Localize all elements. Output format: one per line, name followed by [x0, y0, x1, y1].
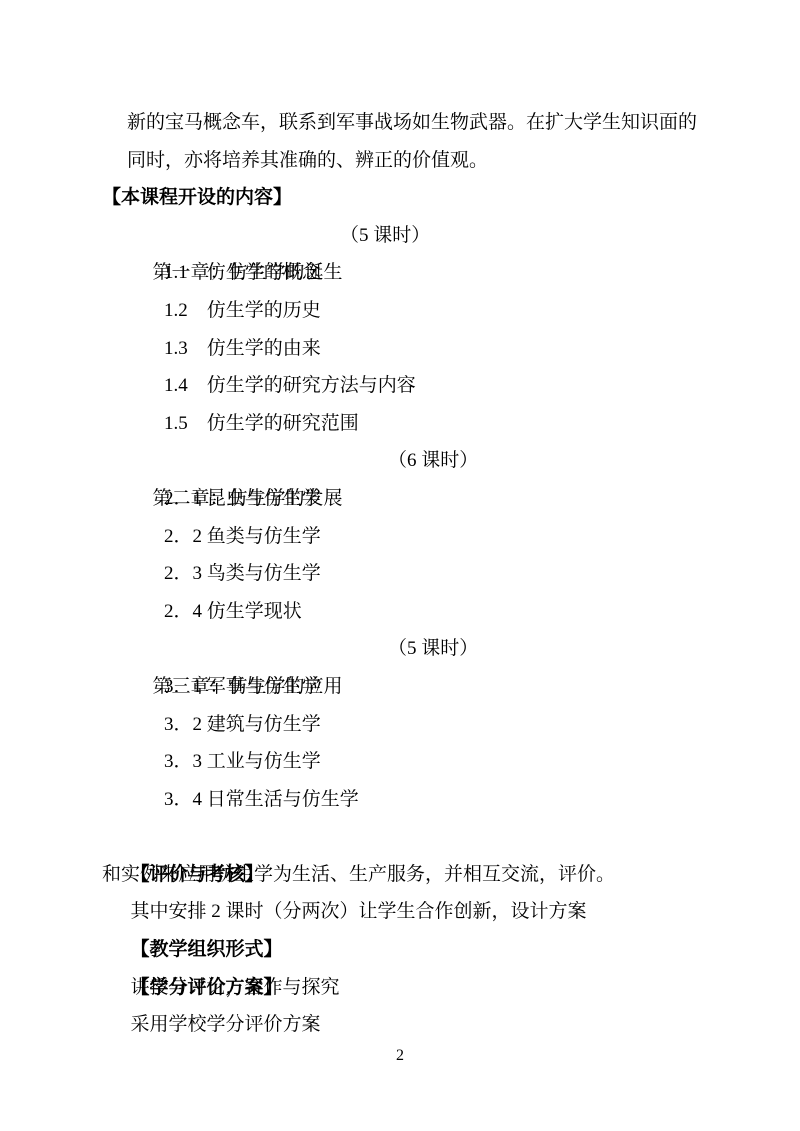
section-header-course-content: 【本课程开设的内容】	[102, 179, 762, 217]
document-page: 新的宝马概念车，联系到军事战场如生物武器。在扩大学生知识面的 同时，亦将培养其准…	[0, 0, 800, 1131]
credit-text: 采用学校学分评价方案	[131, 1014, 321, 1035]
chapter-1-title-line: 第一章：仿生学的诞生 （5 课时）	[102, 217, 762, 255]
chapter-3-item: 3．4 日常生活与仿生学	[102, 781, 762, 819]
evaluation-line-2: 和实例来应用仿生学为生活、生产服务，并相互交流，评价。	[102, 856, 762, 894]
chapter-2-item: 2．4 仿生学现状	[102, 593, 762, 631]
chapter-3-item: 3．3 工业与仿生学	[102, 743, 762, 781]
chapter-3-title-line: 第三章：仿生学的应用 （5 课时）	[102, 630, 762, 668]
chapter-3-hours: （5 课时）	[388, 630, 478, 668]
paragraph-line: 同时，亦将培养其准确的、辨正的价值观。	[102, 142, 762, 180]
chapter-1-item: 1.4 仿生学的研究方法与内容	[102, 367, 762, 405]
chapter-1-item: 1.1 仿生学的概念	[102, 254, 762, 292]
credit-label: 【学分评价方案】	[131, 977, 283, 998]
chapter-1-item: 1.2 仿生学的历史	[102, 292, 762, 330]
chapter-2-hours: （6 课时）	[388, 442, 478, 480]
chapter-2-title-line: 第二章：仿生学的发展 （6 课时）	[102, 442, 762, 480]
chapter-2-item: 2．3 鸟类与仿生学	[102, 555, 762, 593]
evaluation-line-1: 【评价与考核】 其中安排 2 课时（分两次）让学生合作创新，设计方案	[102, 818, 762, 856]
chapter-2-item: 2．1 昆虫与仿生学	[102, 480, 762, 518]
paragraph-line: 新的宝马概念车，联系到军事战场如生物武器。在扩大学生知识面的	[102, 104, 762, 142]
chapter-1-item: 1.5 仿生学的研究范围	[102, 405, 762, 443]
document-content: 新的宝马概念车，联系到军事战场如生物武器。在扩大学生知识面的 同时，亦将培养其准…	[102, 104, 762, 969]
chapter-3-item: 3．1 军事与仿生学	[102, 668, 762, 706]
chapter-2-item: 2．2 鱼类与仿生学	[102, 518, 762, 556]
chapter-1-item: 1.3 仿生学的由来	[102, 330, 762, 368]
page-number: 2	[0, 1046, 800, 1066]
credit-line: 【学分评价方案】 采用学校学分评价方案	[102, 931, 762, 969]
teaching-line: 【教学组织形式】 讲授与讨论，合作与探究	[102, 893, 762, 931]
chapter-3-item: 3．2 建筑与仿生学	[102, 706, 762, 744]
chapter-1-hours: （5 课时）	[340, 217, 430, 255]
